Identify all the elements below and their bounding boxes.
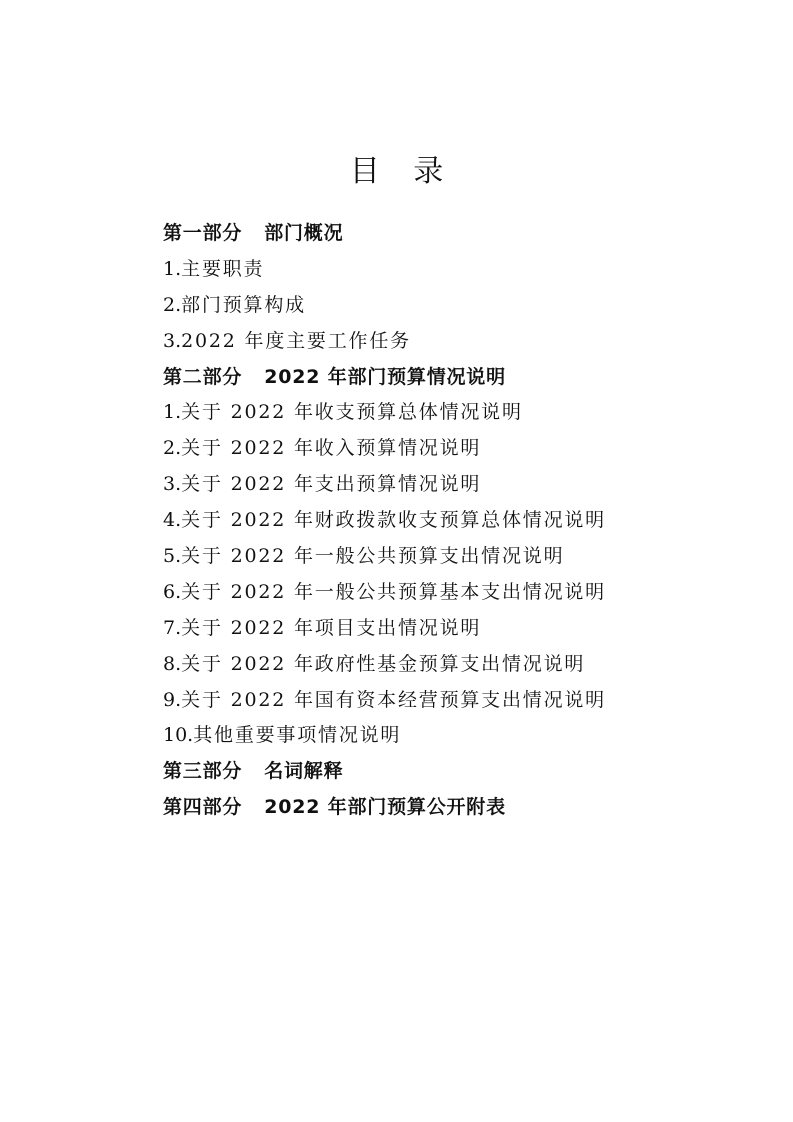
- page-title: 目 录: [0, 152, 793, 192]
- toc-item-text: 关于 2022 年收支预算总体情况说明: [181, 401, 523, 423]
- toc-item-number: 9.: [163, 689, 181, 711]
- toc-item-text: 2022 年度主要工作任务: [181, 330, 411, 352]
- toc-section-text: 2022 年部门预算情况说明: [264, 366, 506, 388]
- toc-item-number: 1.: [163, 401, 181, 423]
- toc-item-number: 7.: [163, 617, 181, 639]
- toc-item-text: 关于 2022 年国有资本经营预算支出情况说明: [181, 689, 606, 711]
- toc-item-text: 关于 2022 年收入预算情况说明: [181, 437, 481, 459]
- toc-item[interactable]: 3.2022 年度主要工作任务: [163, 324, 723, 360]
- toc-section[interactable]: 第三部分名词解释: [163, 754, 723, 790]
- toc-item-number: 4.: [163, 509, 181, 531]
- toc-item-number: 2.: [163, 294, 181, 316]
- toc-section-label: 第三部分: [163, 760, 242, 782]
- toc-item-number: 3.: [163, 473, 181, 495]
- toc-item-text: 关于 2022 年项目支出情况说明: [181, 617, 481, 639]
- toc-item[interactable]: 2.关于 2022 年收入预算情况说明: [163, 431, 723, 467]
- toc-item[interactable]: 10.其他重要事项情况说明: [163, 718, 723, 754]
- toc-item-number: 6.: [163, 581, 181, 603]
- toc-section-text: 部门概况: [264, 222, 343, 244]
- toc-item-text: 部门预算构成: [181, 294, 306, 316]
- toc-section[interactable]: 第四部分2022 年部门预算公开附表: [163, 790, 723, 826]
- toc-item-number: 10.: [163, 724, 193, 746]
- toc-item[interactable]: 2.部门预算构成: [163, 288, 723, 324]
- toc-item[interactable]: 5.关于 2022 年一般公共预算支出情况说明: [163, 539, 723, 575]
- toc-item[interactable]: 3.关于 2022 年支出预算情况说明: [163, 467, 723, 503]
- toc-item[interactable]: 1.关于 2022 年收支预算总体情况说明: [163, 395, 723, 431]
- toc-item-text: 主要职责: [181, 258, 264, 280]
- toc-item-number: 3.: [163, 330, 181, 352]
- toc-item-text: 关于 2022 年一般公共预算基本支出情况说明: [181, 581, 606, 603]
- toc-section-text: 名词解释: [264, 760, 343, 782]
- toc-item[interactable]: 6.关于 2022 年一般公共预算基本支出情况说明: [163, 575, 723, 611]
- table-of-contents: 第一部分部门概况 1.主要职责 2.部门预算构成 3.2022 年度主要工作任务…: [163, 216, 723, 826]
- toc-section[interactable]: 第二部分2022 年部门预算情况说明: [163, 360, 723, 396]
- toc-item[interactable]: 4.关于 2022 年财政拨款收支预算总体情况说明: [163, 503, 723, 539]
- toc-section-label: 第一部分: [163, 222, 242, 244]
- toc-item-text: 关于 2022 年支出预算情况说明: [181, 473, 481, 495]
- toc-item-number: 5.: [163, 545, 181, 567]
- toc-item-text: 关于 2022 年政府性基金预算支出情况说明: [181, 653, 585, 675]
- toc-item[interactable]: 9.关于 2022 年国有资本经营预算支出情况说明: [163, 683, 723, 719]
- toc-item[interactable]: 1.主要职责: [163, 252, 723, 288]
- toc-section-label: 第四部分: [163, 796, 242, 818]
- toc-item-number: 2.: [163, 437, 181, 459]
- toc-item-number: 8.: [163, 653, 181, 675]
- toc-item-number: 1.: [163, 258, 181, 280]
- toc-section[interactable]: 第一部分部门概况: [163, 216, 723, 252]
- toc-section-label: 第二部分: [163, 366, 242, 388]
- toc-item[interactable]: 8.关于 2022 年政府性基金预算支出情况说明: [163, 647, 723, 683]
- toc-item-text: 关于 2022 年财政拨款收支预算总体情况说明: [181, 509, 606, 531]
- toc-item-text: 其他重要事项情况说明: [193, 724, 401, 746]
- toc-item[interactable]: 7.关于 2022 年项目支出情况说明: [163, 611, 723, 647]
- toc-section-text: 2022 年部门预算公开附表: [264, 796, 506, 818]
- toc-item-text: 关于 2022 年一般公共预算支出情况说明: [181, 545, 564, 567]
